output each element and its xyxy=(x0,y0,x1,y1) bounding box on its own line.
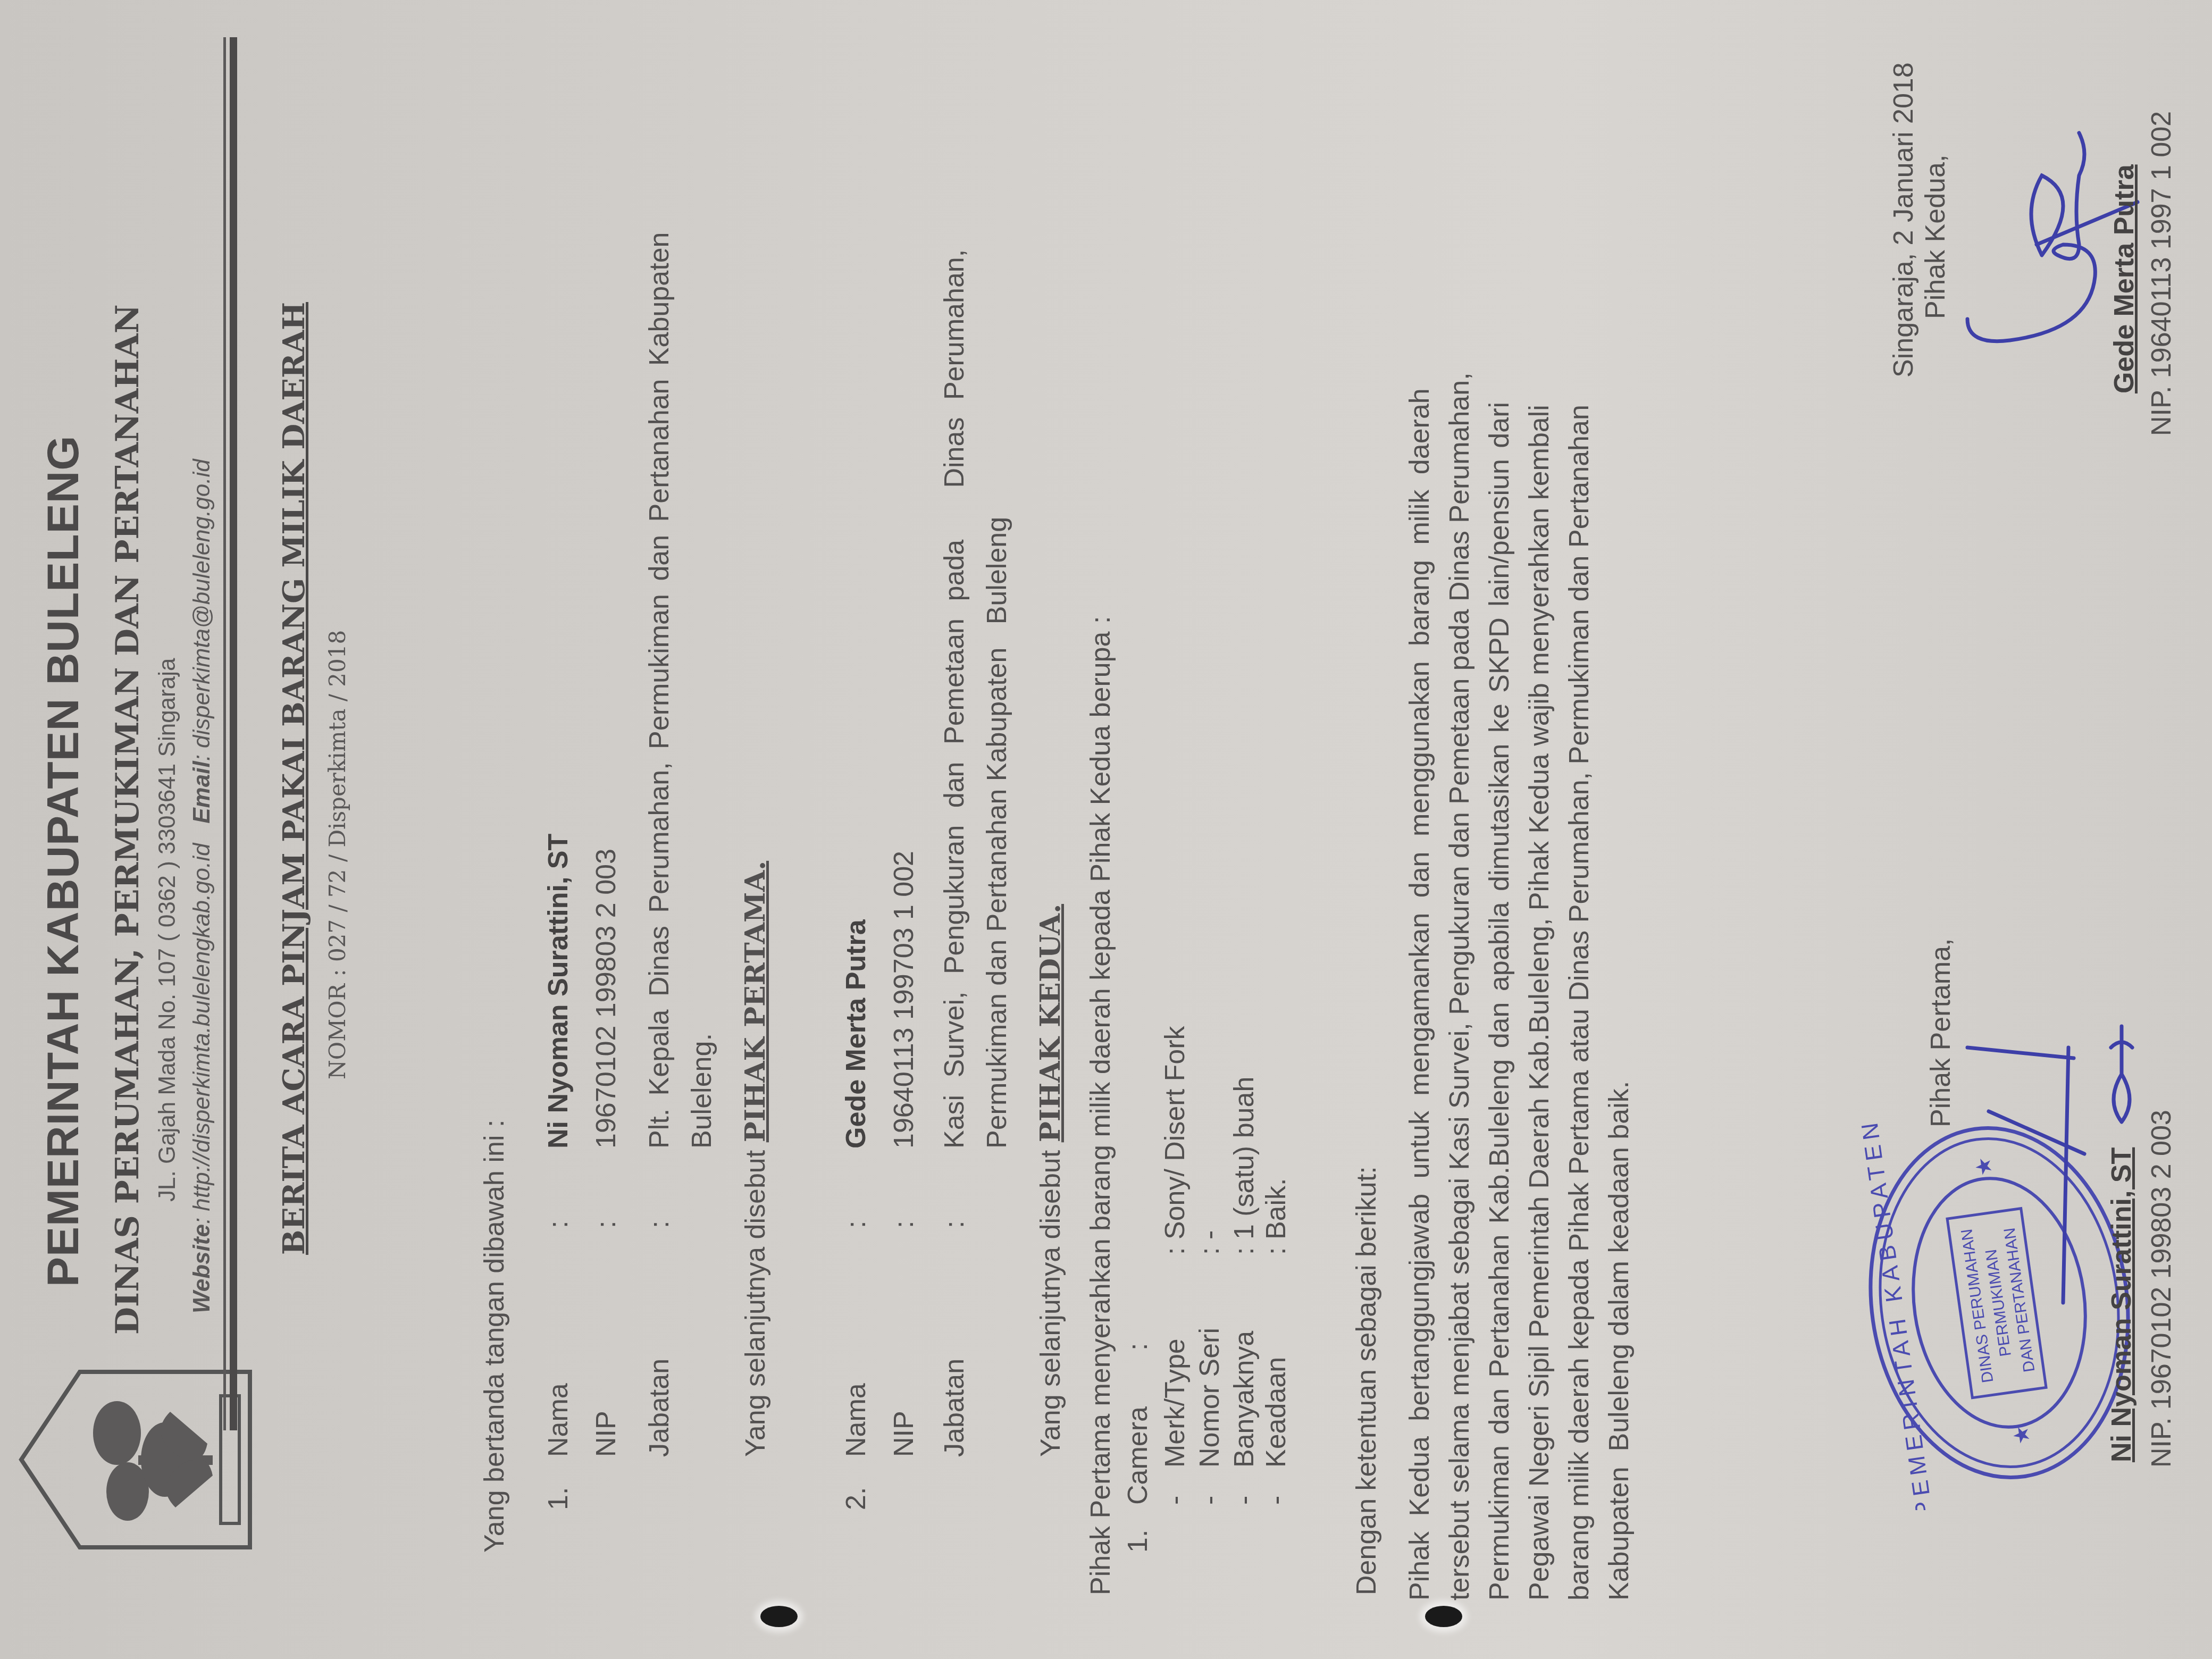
colon: : xyxy=(888,1221,920,1228)
terms-line: tersebut selama menjabat sebagai Kasi Su… xyxy=(1444,372,1476,1601)
alias-first: PIHAK PERTAMA. xyxy=(739,861,772,1142)
party-position: Plt. Kepala Dinas Perumahan, Permukiman … xyxy=(643,232,675,1149)
document-page: PEMERINTAH KABUPATEN BULELENG DINAS PERU… xyxy=(0,0,2212,1659)
party-position-cont: Permukiman dan Pertanahan Kabupaten Bule… xyxy=(981,517,1013,1149)
terms-line: barang milik daerah kepada Pihak Pertama… xyxy=(1563,405,1595,1601)
document-title: BERITA ACARA PINJAM PAKAI BARANG MILIK D… xyxy=(276,302,312,1255)
kop-government: PEMERINTAH KABUPATEN BULELENG xyxy=(37,435,89,1287)
kop-address: JL. Gajah Mada No. 107 ( 0362 ) 3303641 … xyxy=(154,658,181,1202)
alias-line: Yang selanjutnya disebut PIHAK PERTAMA. xyxy=(739,861,772,1457)
website-link[interactable]: : http://disperkimta.bulelengkab.go.id xyxy=(189,843,215,1224)
handover-text: Pihak Pertama menyerahkan barang milik d… xyxy=(1085,616,1117,1595)
item-detail-value: : Sony/ Disert Fork xyxy=(1159,1026,1191,1255)
svg-text:★: ★ xyxy=(2009,1424,2035,1446)
bullet: - xyxy=(1159,1496,1191,1505)
signer-name-first: Ni Nyoman Surattini, ST xyxy=(2106,1147,2138,1462)
place-date: Singaraja, 2 Januari 2018 xyxy=(1888,62,1920,378)
item-detail-label: Keadaan xyxy=(1260,1357,1292,1468)
party-number: 1. xyxy=(542,1487,574,1510)
signature-first-party xyxy=(1957,1037,2095,1313)
alias-line: Yang selanjutnya disebut PIHAK KEDUA. xyxy=(1034,904,1067,1457)
party-name: Ni Nyoman Surattini, ST xyxy=(542,834,574,1149)
colon: : xyxy=(1122,1343,1154,1351)
item-number: 1. xyxy=(1122,1530,1154,1553)
alias-prefix: Yang selanjutnya disebut xyxy=(740,1142,771,1457)
bullet: - xyxy=(1194,1496,1226,1505)
field-label: Nama xyxy=(542,1383,574,1457)
item-name: Camera xyxy=(1122,1406,1154,1505)
bullet: - xyxy=(1228,1496,1260,1505)
field-label: NIP xyxy=(590,1411,622,1457)
field-label: Jabatan xyxy=(939,1359,970,1457)
item-detail-value: : 1 (satu) buah xyxy=(1228,1077,1260,1255)
item-detail-value: : Baik. xyxy=(1260,1178,1292,1255)
bullet: - xyxy=(1260,1496,1292,1505)
email-link[interactable]: : disperkimta@buleleng.go.id xyxy=(189,459,215,761)
kop-contact: Website: http://disperkimta.bulelengkab.… xyxy=(189,459,215,1313)
alias-prefix: Yang selanjutnya disebut xyxy=(1035,1142,1066,1457)
terms-line: Permukiman dan Pertanahan Kab.Buleleng d… xyxy=(1484,402,1515,1601)
party-nip: 19640113 199703 1 002 xyxy=(888,851,920,1149)
party-position-cont: Buleleng. xyxy=(686,1033,718,1149)
colon: : xyxy=(939,1221,970,1228)
item-detail-value: : - xyxy=(1194,1230,1226,1255)
colon: : xyxy=(542,1221,574,1228)
signer-name-second: Gede Merta Putra xyxy=(2108,164,2140,393)
kop-divider-thin xyxy=(223,37,226,1430)
party-name: Gede Merta Putra xyxy=(840,919,872,1149)
item-detail-label: Nomor Seri xyxy=(1194,1328,1226,1468)
intro-text: Yang bertanda tangan dibawah ini : xyxy=(479,1120,510,1553)
terms-line: Kabupaten Buleleng dalam keadaan baik. xyxy=(1603,1081,1635,1601)
item-detail-label: Banyaknya xyxy=(1228,1331,1260,1468)
field-label: Nama xyxy=(840,1383,872,1457)
colon: : xyxy=(840,1221,872,1228)
initial-mark xyxy=(2100,1021,2143,1127)
party-position: Kasi Survei, Pengukuran dan Pemetaan pad… xyxy=(939,249,970,1149)
colon: : xyxy=(643,1221,675,1228)
field-label: Jabatan xyxy=(643,1359,675,1457)
website-label: Website xyxy=(189,1224,215,1313)
field-label: NIP xyxy=(888,1411,920,1457)
terms-line: Pegawai Negeri Sipil Pemerintah Daerah K… xyxy=(1523,405,1555,1601)
kop-divider-thick xyxy=(230,37,237,1430)
document-number: NOMOR : 027 / 72 / Disperkimta / 2018 xyxy=(324,630,350,1079)
item-detail-label: Merk/Type xyxy=(1159,1338,1191,1468)
signer-nip-second: NIP. 19640113 1997 1 002 xyxy=(2146,111,2177,436)
terms-intro: Dengan ketentuan sebagai berikut: xyxy=(1351,1166,1382,1595)
kop-agency: DINAS PERUMAHAN, PERMUKIMAN DAN PERTANAH… xyxy=(109,305,146,1335)
signer-nip-first: NIP. 19670102 199803 2 003 xyxy=(2146,1110,2177,1468)
party-number: 2. xyxy=(840,1487,872,1510)
email-label: Email xyxy=(189,761,215,823)
colon: : xyxy=(590,1221,622,1228)
svg-text:PEMERINTAH KABUPATEN: PEMERINTAH KABUPATEN xyxy=(1856,1116,1938,1510)
terms-line: Pihak Kedua bertanggungjawab untuk menga… xyxy=(1404,388,1436,1601)
alias-second: PIHAK KEDUA. xyxy=(1034,904,1067,1142)
party-nip: 19670102 199803 2 003 xyxy=(590,849,622,1149)
